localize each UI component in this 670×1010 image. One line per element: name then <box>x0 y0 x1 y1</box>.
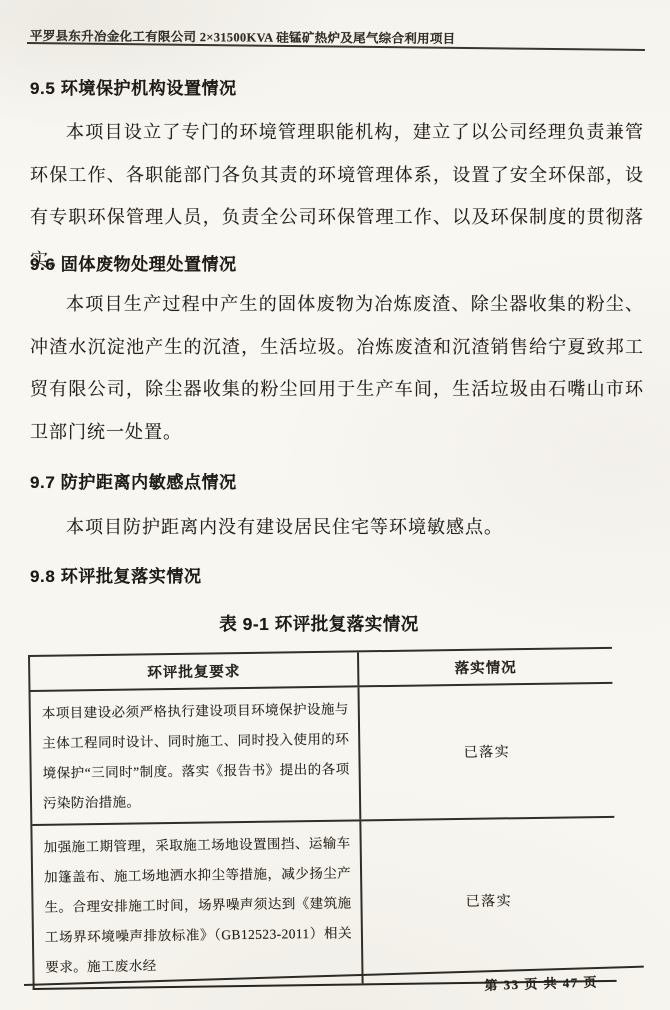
status-cell: 已落实 <box>361 818 616 984</box>
status-cell: 已落实 <box>359 684 614 820</box>
section-9-7-heading: 9.7 防护距离内敏感点情况 <box>30 468 237 493</box>
section-9-7-body: 本项目防护距离内没有建设居民住宅等环境敏感点。 <box>30 506 644 549</box>
table-header-status: 落实情况 <box>359 649 612 686</box>
section-9-6-body: 本项目生产过程中产生的固体废物为冶炼废渣、除尘器收集的粉尘、冲渣水沉淀池产生的沉… <box>30 283 644 453</box>
table-title: 表 9-1 环评批复落实情况 <box>28 611 610 636</box>
section-9-6-heading: 9.6 固体废物处理处置情况 <box>30 250 237 275</box>
table-header-requirement: 环评批复要求 <box>30 652 359 690</box>
requirement-cell: 本项目建设必须严格执行建设项目环境保护设施与主体工程同时设计、同时施工、同时投入… <box>31 687 362 824</box>
section-9-5-heading: 9.5 环境保护机构设置情况 <box>30 74 237 99</box>
page-number-indicator: 第 33 页 共 47 页 <box>484 971 598 994</box>
table-row: 加强施工期管理，采取施工场地设置围挡、运输车加篷盖布、施工场地洒水抑尘等措施，减… <box>32 818 616 988</box>
scanned-document-page: 平罗县东升冶金化工有限公司 2×31500KVA 硅锰矿热炉及尾气综合利用项目 … <box>0 0 670 1010</box>
section-9-8-heading: 9.8 环评批复落实情况 <box>30 562 202 587</box>
approval-implementation-table: 环评批复要求 落实情况 本项目建设必须严格执行建设项目环境保护设施与主体工程同时… <box>28 647 617 990</box>
requirement-cell: 加强施工期管理，采取施工场地设置围挡、运输车加篷盖布、施工场地洒水抑尘等措施，减… <box>32 821 363 988</box>
table-row: 本项目建设必须严格执行建设项目环境保护设施与主体工程同时设计、同时施工、同时投入… <box>31 684 615 826</box>
